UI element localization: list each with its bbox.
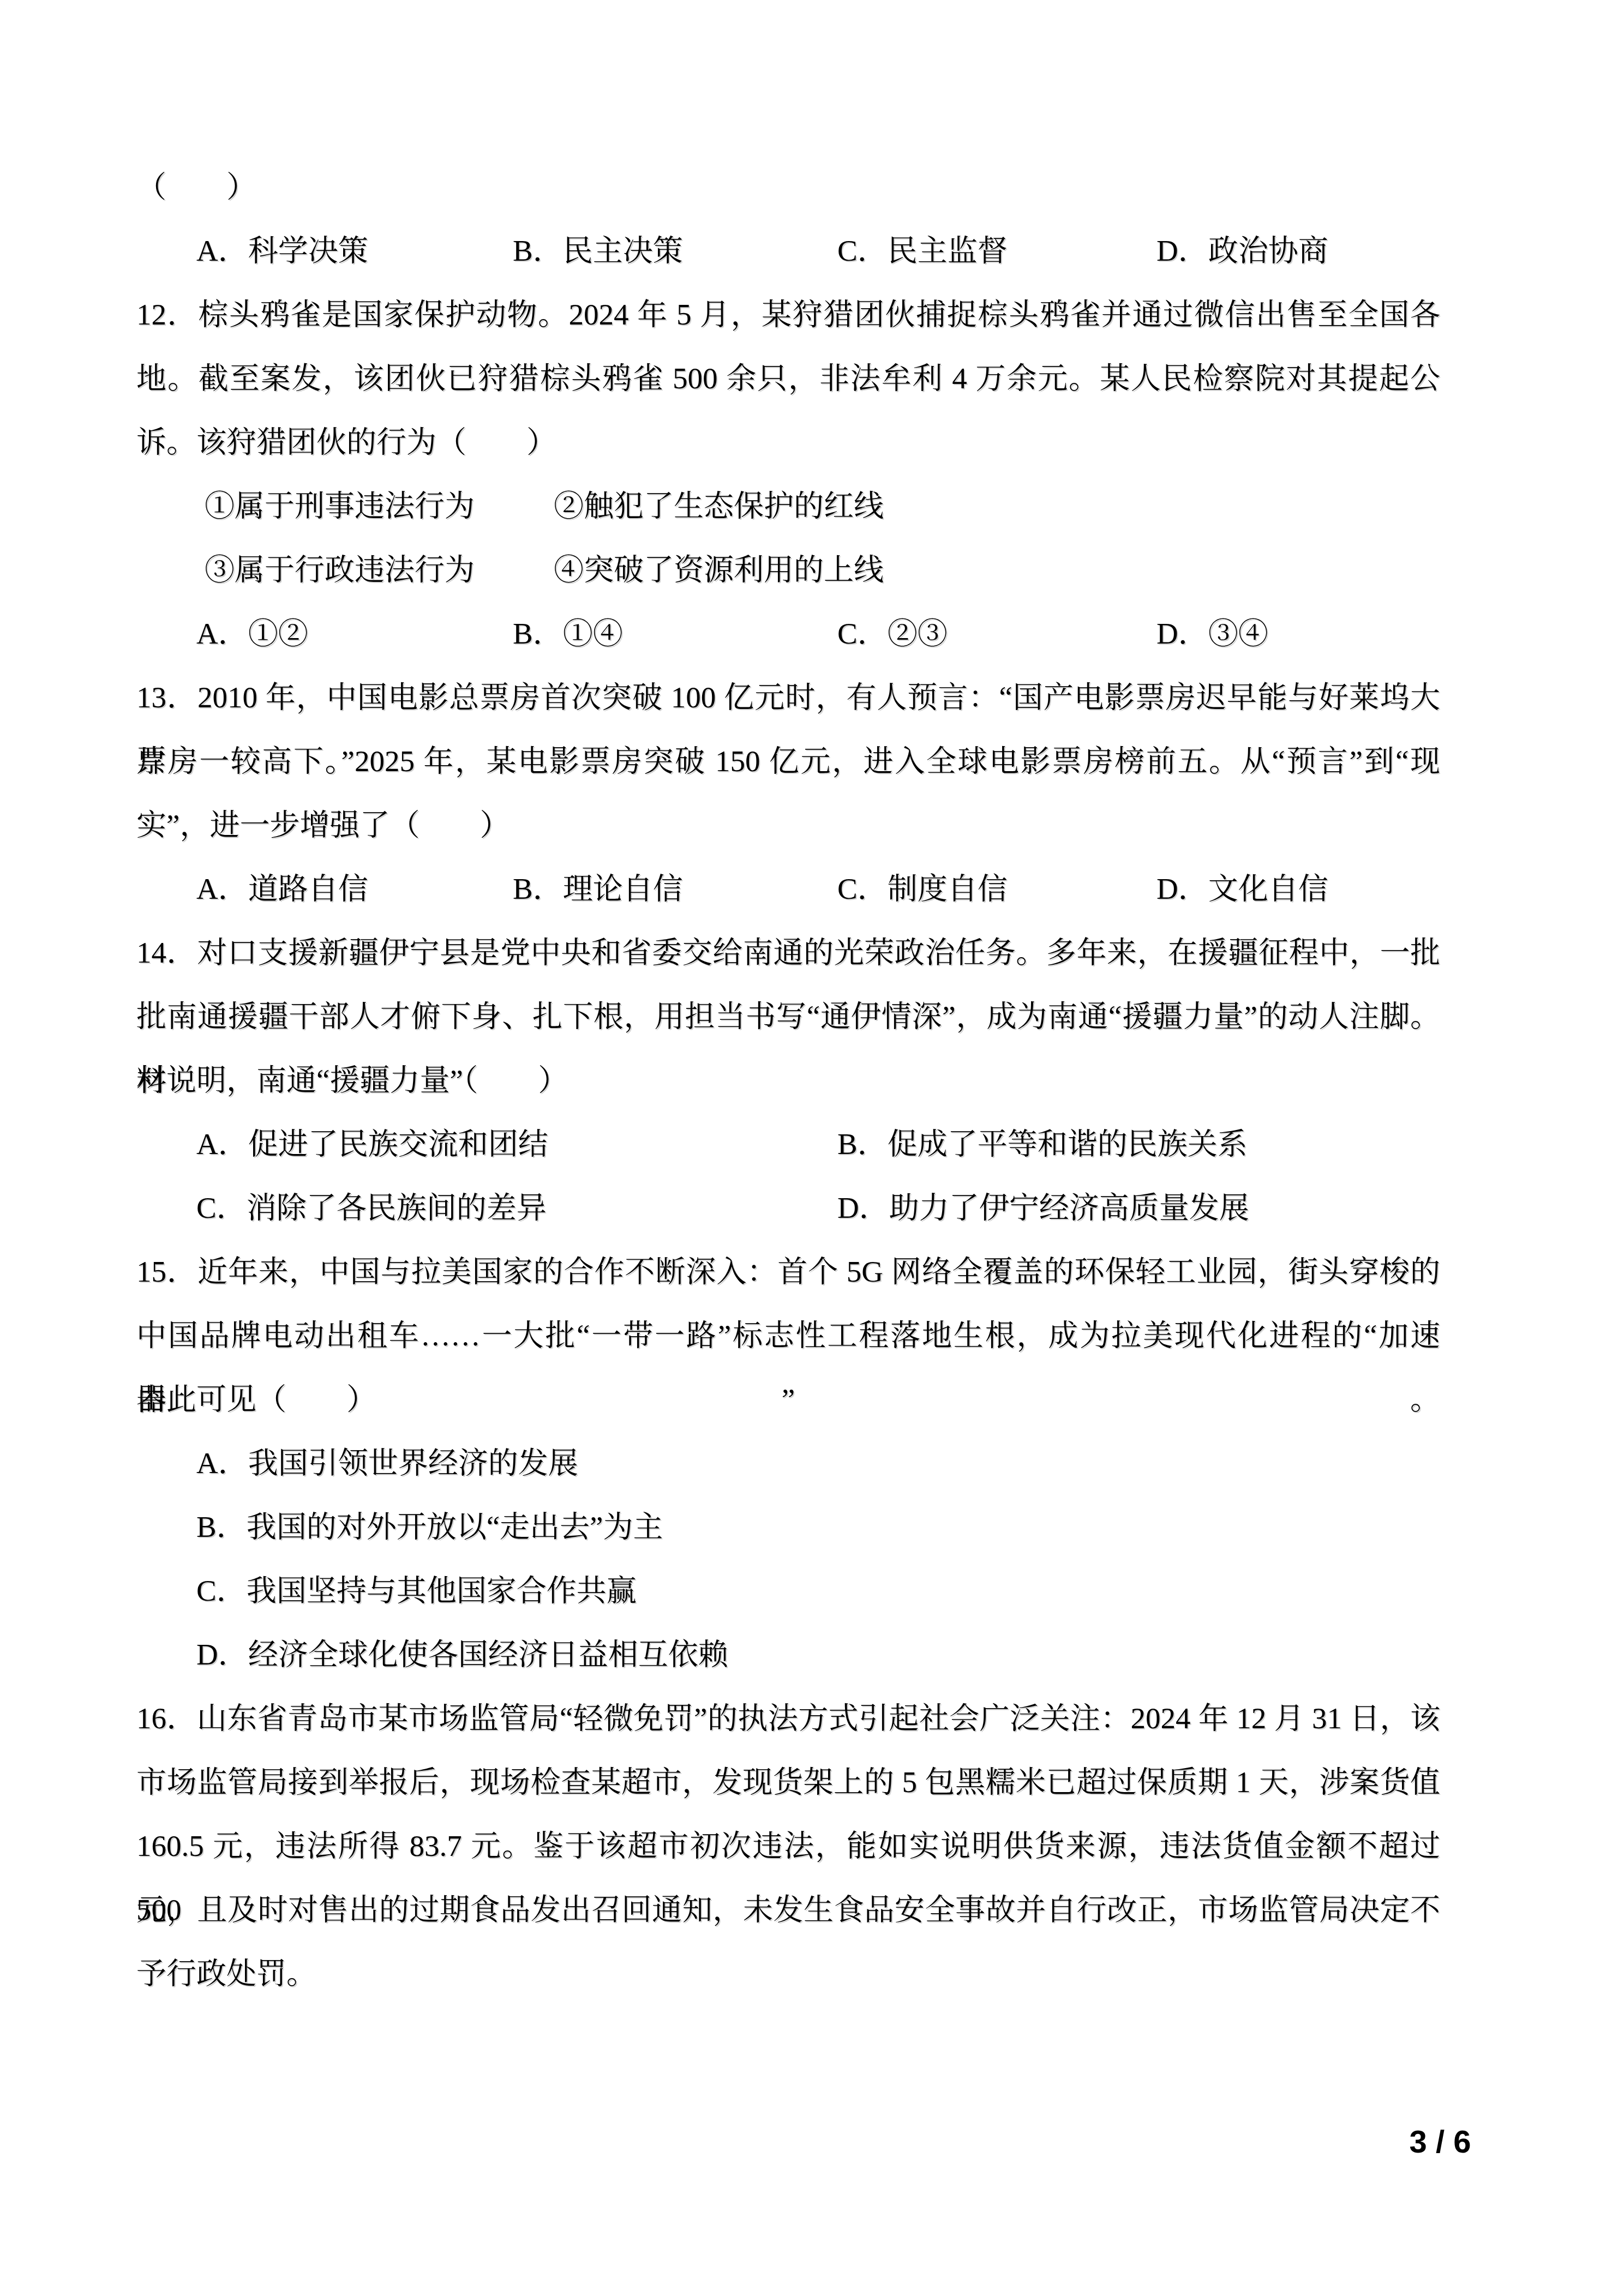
page-number: 3 / 6 <box>1394 2123 1487 2161</box>
q11-options-row: A．科学决策 B．民主决策 C．民主监督 D．政治协商 <box>136 219 1440 283</box>
q12-item-4: ④突破了资源利用的上线 <box>554 538 1440 602</box>
q12-numbered-row-2: ③属于行政违法行为 ④突破了资源利用的上线 <box>136 538 1440 602</box>
q14-stem-line-3: 料说明，南通“援疆力量”（ ） <box>136 1048 1440 1112</box>
q12-stem-line-1: 12．棕头鸦雀是国家保护动物。2024 年 5 月，某狩猎团伙捕捉棕头鸦雀并通过… <box>136 283 1440 346</box>
q14-options-row-1: A．促进了民族交流和团结 B．促成了平等和谐的民族关系 <box>136 1112 1440 1176</box>
q13-stem-line-3: 实”，进一步增强了（ ） <box>136 793 1440 857</box>
q15-option-b: B．我国的对外开放以“走出去”为主 <box>136 1495 1440 1559</box>
q14-options-row-2: C．消除了各民族间的差异 D．助力了伊宁经济高质量发展 <box>136 1176 1440 1240</box>
q16-stem-line-3: 160.5 元，违法所得 83.7 元。鉴于该超市初次违法，能如实说明供货来源，… <box>136 1814 1440 1878</box>
q14-option-b: B．促成了平等和谐的民族关系 <box>837 1112 1440 1176</box>
q14-option-c: C．消除了各民族间的差异 <box>196 1176 837 1240</box>
q12-numbered-row-1: ①属于刑事违法行为 ②触犯了生态保护的红线 <box>136 474 1440 538</box>
q14-stem-line-1: 14．对口支援新疆伊宁县是党中央和省委交给南通的光荣政治任务。多年来，在援疆征程… <box>136 921 1440 984</box>
q16-stem-line-1: 16．山东省青岛市某市场监管局“轻微免罚”的执法方式引起社会广泛关注：2024 … <box>136 1686 1440 1750</box>
q16-stem-line-2: 市场监管局接到举报后，现场检查某超市，发现货架上的 5 包黑糯米已超过保质期 1… <box>136 1750 1440 1814</box>
q13-option-b: B．理论自信 <box>513 857 837 921</box>
q13-options-row: A．道路自信 B．理论自信 C．制度自信 D．文化自信 <box>136 857 1440 921</box>
exam-content: （ ） A．科学决策 B．民主决策 C．民主监督 D．政治协商 12．棕头鸦雀是… <box>136 155 1440 2005</box>
q11-option-b: B．民主决策 <box>513 219 837 283</box>
q13-option-d: D．文化自信 <box>1156 857 1440 921</box>
q14-option-a: A．促进了民族交流和团结 <box>196 1112 837 1176</box>
q15-option-a: A．我国引领世界经济的发展 <box>136 1431 1440 1495</box>
q15-stem-line-2: 中国品牌电动出租车……一大批“一带一路”标志性工程落地生根，成为拉美现代化进程的… <box>136 1303 1440 1367</box>
q11-option-a: A．科学决策 <box>196 219 513 283</box>
q13-option-c: C．制度自信 <box>837 857 1156 921</box>
q13-stem-line-1: 13．2010 年，中国电影总票房首次突破 100 亿元时，有人预言：“国产电影… <box>136 665 1440 729</box>
q12-stem-line-2: 地。截至案发，该团伙已狩猎棕头鸦雀 500 余只，非法牟利 4 万余元。某人民检… <box>136 346 1440 410</box>
q12-item-3: ③属于行政违法行为 <box>205 538 554 602</box>
q12-options-row: A．①② B．①④ C．②③ D．③④ <box>136 602 1440 665</box>
q11-option-d: D．政治协商 <box>1156 219 1440 283</box>
q16-stem-line-5: 予行政处罚。 <box>136 1942 1440 2005</box>
q11-option-c: C．民主监督 <box>837 219 1156 283</box>
q15-option-c: C．我国坚持与其他国家合作共赢 <box>136 1559 1440 1622</box>
q12-stem-line-3: 诉。该狩猎团伙的行为（ ） <box>136 410 1440 474</box>
q14-stem-line-2: 批南通援疆干部人才俯下身、扎下根，用担当书写“通伊情深”，成为南通“援疆力量”的… <box>136 984 1440 1048</box>
q15-option-d: D．经济全球化使各国经济日益相互依赖 <box>136 1622 1440 1686</box>
q16-stem-line-4: 元，且及时对售出的过期食品发出召回通知，未发生食品安全事故并自行改正，市场监管局… <box>136 1878 1440 1942</box>
q12-option-d: D．③④ <box>1156 602 1440 665</box>
q12-item-2: ②触犯了生态保护的红线 <box>554 474 1440 538</box>
q14-option-d: D．助力了伊宁经济高质量发展 <box>837 1176 1440 1240</box>
q11-stem-tail: （ ） <box>136 155 1440 219</box>
exam-page: （ ） A．科学决策 B．民主决策 C．民主监督 D．政治协商 12．棕头鸦雀是… <box>0 0 1624 2296</box>
q13-option-a: A．道路自信 <box>196 857 513 921</box>
q12-item-1: ①属于刑事违法行为 <box>205 474 554 538</box>
q12-option-a: A．①② <box>196 602 513 665</box>
q15-stem-line-1: 15．近年来，中国与拉美国家的合作不断深入：首个 5G 网络全覆盖的环保轻工业园… <box>136 1240 1440 1303</box>
q12-option-b: B．①④ <box>513 602 837 665</box>
q13-stem-line-2: 票房一较高下。”2025 年，某电影票房突破 150 亿元，进入全球电影票房榜前… <box>136 729 1440 793</box>
q12-option-c: C．②③ <box>837 602 1156 665</box>
